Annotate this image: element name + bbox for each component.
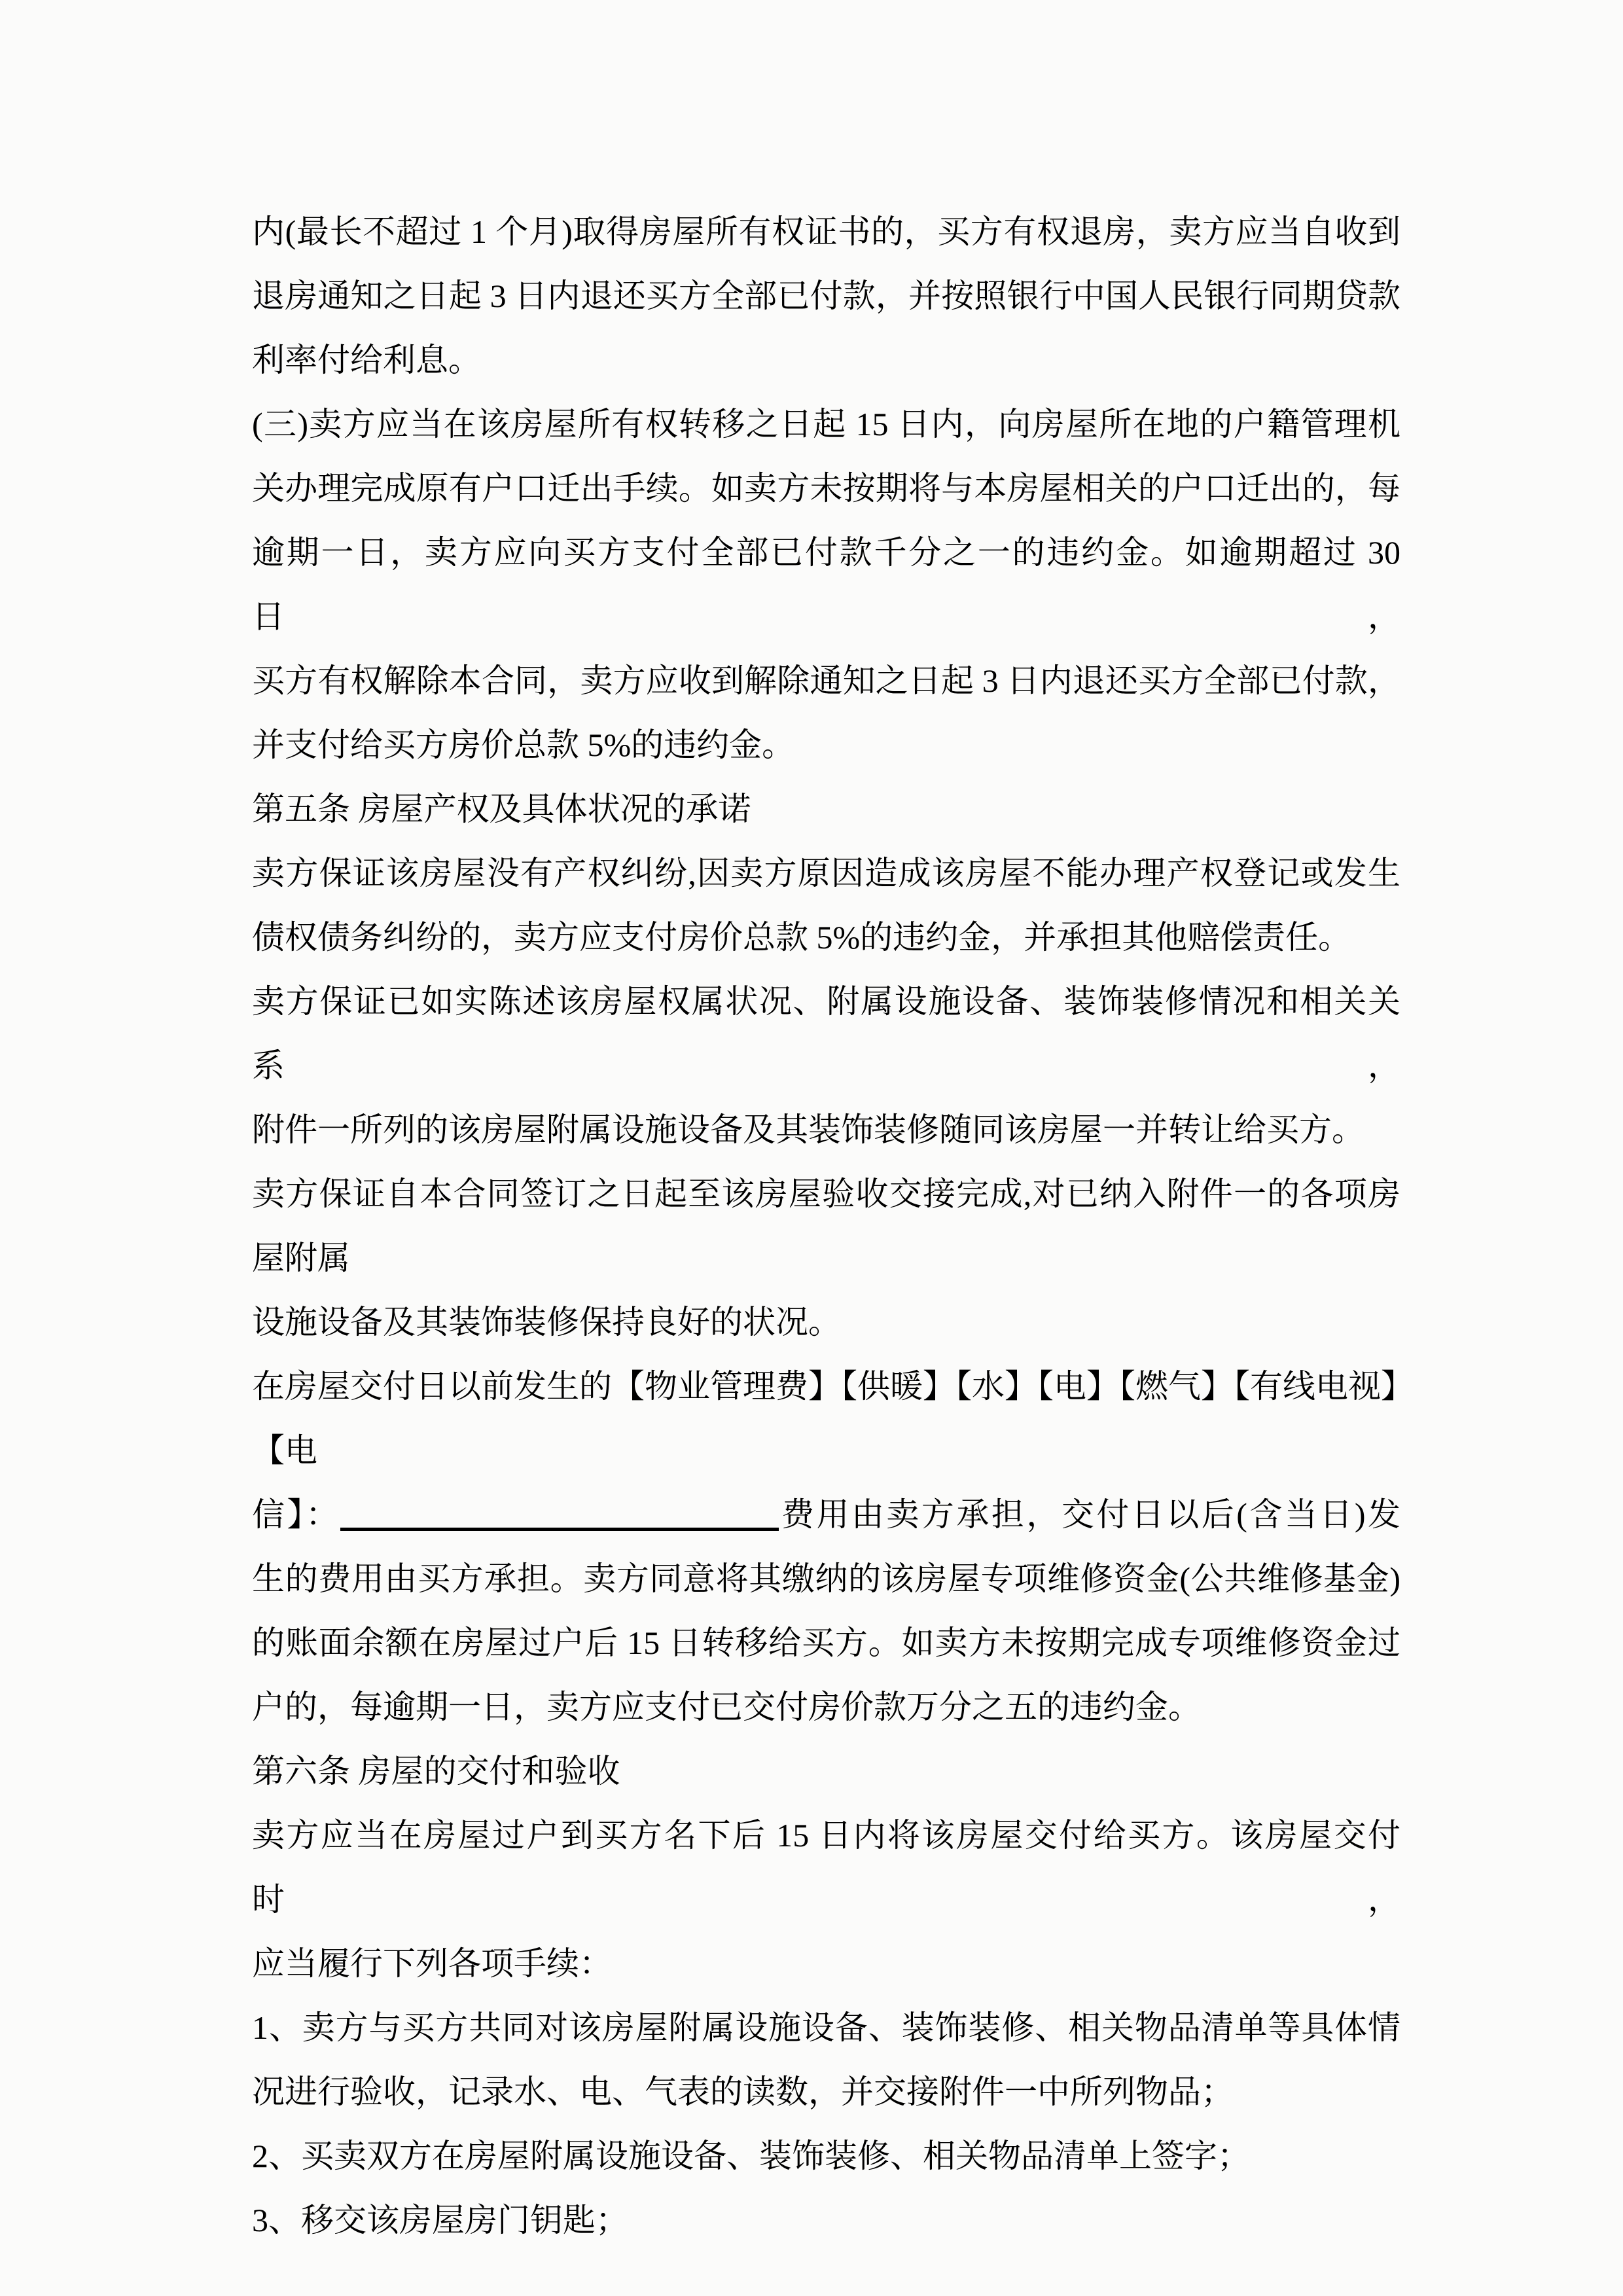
text-line: 利率付给利息。 [252,328,1400,392]
text-segment: 费用由卖方承担，交付日以后(含当日)发 [779,1496,1400,1533]
text-line: 卖方应当在房屋过户到买方名下后 15 日内将该房屋交付给买方。该房屋交付时， [252,1803,1400,1931]
text-line: 关办理完成原有户口迁出手续。如卖方未按期将与本房屋相关的户口迁出的，每 [252,456,1400,520]
text-line: 债权债务纠纷的，卖方应支付房价总款 5%的违约金，并承担其他赔偿责任。 [252,905,1400,969]
text-line: 内(最长不超过 1 个月)取得房屋所有权证书的，买方有权退房，卖方应当自收到 [252,200,1400,264]
text-line: 设施设备及其装饰装修保持良好的状况。 [252,1290,1400,1354]
contract-text: 内(最长不超过 1 个月)取得房屋所有权证书的，买方有权退房，卖方应当自收到退房… [252,200,1400,2252]
text-line: 退房通知之日起 3 日内退还买方全部已付款，并按照银行中国人民银行同期贷款 [252,264,1400,328]
text-line: 卖方保证已如实陈述该房屋权属状况、附属设施设备、装饰装修情况和相关关系， [252,969,1400,1098]
fill-in-blank-line [340,1521,779,1531]
text-line: 的账面余额在房屋过户后 15 日转移给买方。如卖方未按期完成专项维修资金过 [252,1611,1400,1675]
text-line: 附件一所列的该房屋附属设施设备及其装饰装修随同该房屋一并转让给买方。 [252,1098,1400,1162]
text-line: 况进行验收，记录水、电、气表的读数，并交接附件一中所列物品； [252,2060,1400,2124]
text-line: 买方有权解除本合同，卖方应收到解除通知之日起 3 日内退还买方全部已付款， [252,649,1400,713]
text-line: 卖方保证该房屋没有产权纠纷,因卖方原因造成该房屋不能办理产权登记或发生 [252,841,1400,905]
text-line: 2、买卖双方在房屋附属设施设备、装饰装修、相关物品清单上签字； [252,2124,1400,2188]
text-line: 户的，每逾期一日，卖方应支付已交付房价款万分之五的违约金。 [252,1675,1400,1739]
text-line: 逾期一日，卖方应向买方支付全部已付款千分之一的违约金。如逾期超过 30 日， [252,520,1400,649]
text-line: 生的费用由买方承担。卖方同意将其缴纳的该房屋专项维修资金(公共维修基金) [252,1547,1400,1611]
contract-page: 内(最长不超过 1 个月)取得房屋所有权证书的，买方有权退房，卖方应当自收到退房… [0,0,1623,2296]
text-line: 屋附属 [252,1226,1400,1290]
text-line: 并支付给买方房价总款 5%的违约金。 [252,713,1400,777]
text-line: 卖方保证自本合同签订之日起至该房屋验收交接完成,对已纳入附件一的各项房 [252,1162,1400,1226]
text-line: 第六条 房屋的交付和验收 [252,1739,1400,1803]
text-segment: 信】： [252,1496,340,1533]
text-line: 在房屋交付日以前发生的【物业管理费】【供暖】【水】【电】【燃气】【有线电视】 [252,1354,1400,1418]
text-line: 3、移交该房屋房门钥匙； [252,2188,1400,2252]
text-line: 1、卖方与买方共同对该房屋附属设施设备、装饰装修、相关物品清单等具体情 [252,1996,1400,2060]
text-line: 【电 [252,1418,1400,1482]
text-line: 应当履行下列各项手续： [252,1931,1400,1996]
text-line: (三)卖方应当在该房屋所有权转移之日起 15 日内，向房屋所在地的户籍管理机 [252,392,1400,456]
text-line: 第五条 房屋产权及具体状况的承诺 [252,777,1400,841]
text-line: 信】：费用由卖方承担，交付日以后(含当日)发 [252,1482,1400,1547]
